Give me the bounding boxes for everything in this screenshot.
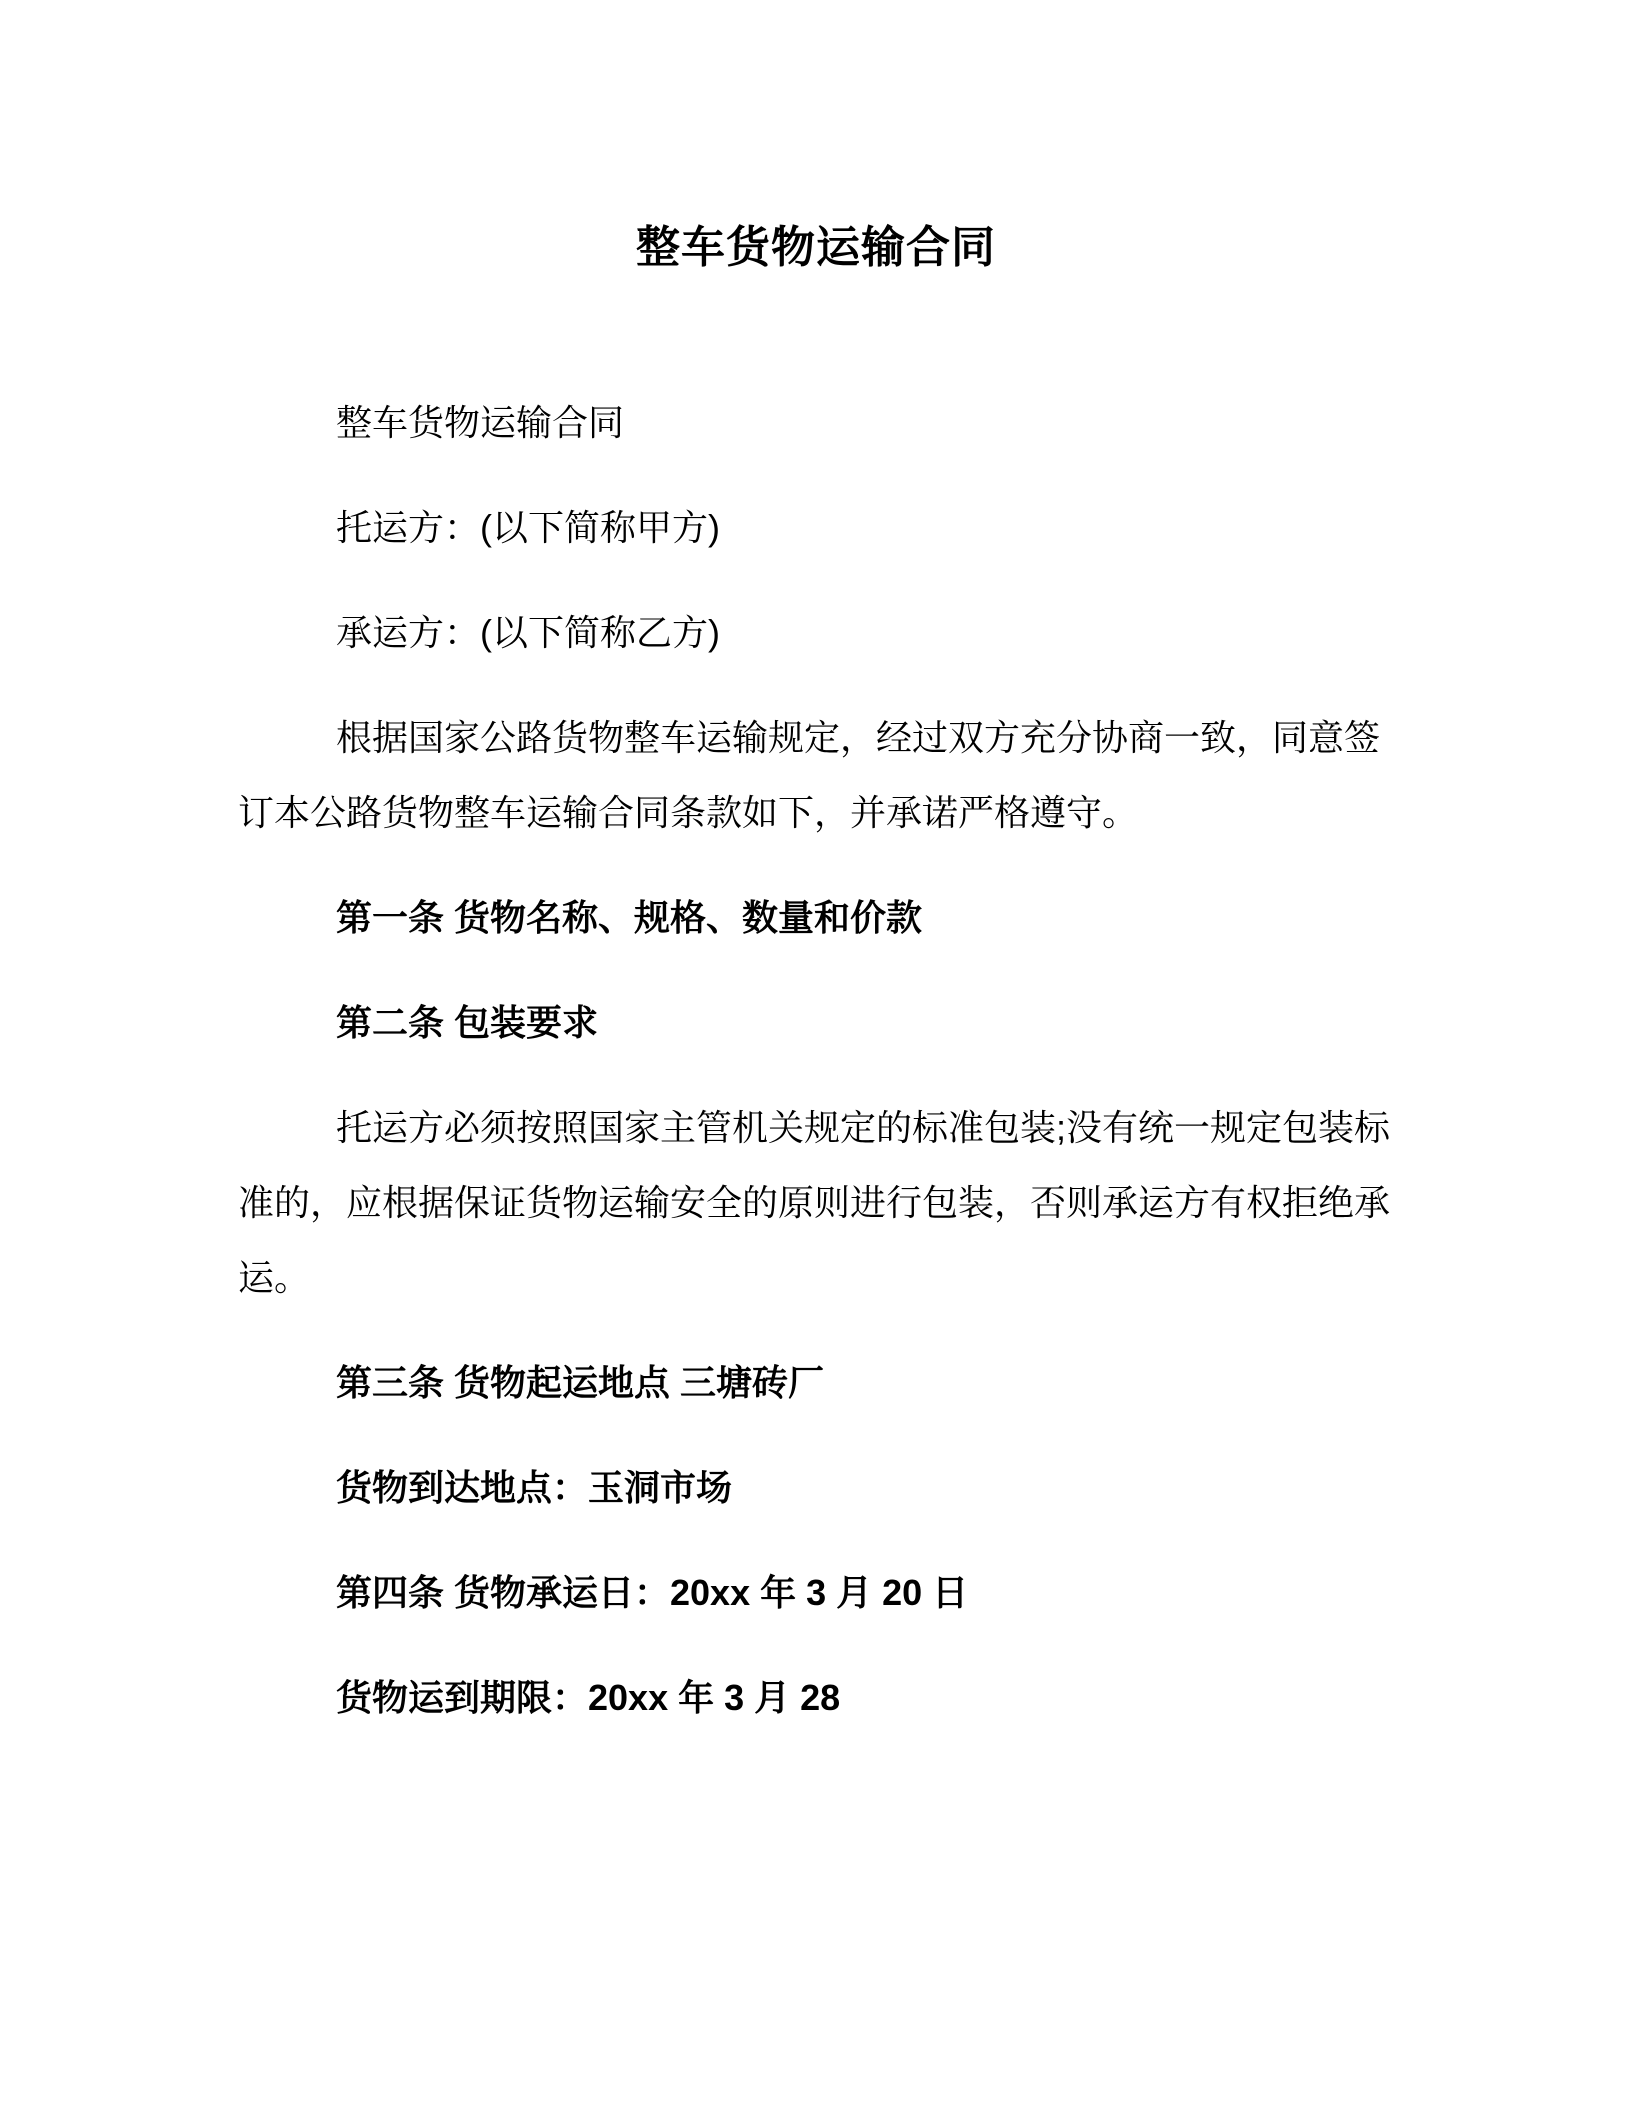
clause-4-heading-carriage-date: 第四条 货物承运日：20xx 年 3 月 20 日 xyxy=(238,1555,1394,1630)
clause-1-heading: 第一条 货物名称、规格、数量和价款 xyxy=(238,880,1394,955)
paragraph-destination: 货物到达地点：玉洞市场 xyxy=(238,1450,1394,1525)
paragraph-preamble: 根据国家公路货物整车运输规定，经过双方充分协商一致，同意签订本公路货物整车运输合… xyxy=(238,700,1394,850)
paragraph-packaging-requirements: 托运方必须按照国家主管机关规定的标准包装;没有统一规定包装标准的，应根据保证货物… xyxy=(238,1090,1394,1315)
paragraph-carrier-party: 承运方：(以下简称乙方) xyxy=(238,595,1394,670)
document-page: 整车货物运输合同 整车货物运输合同 托运方：(以下简称甲方) 承运方：(以下简称… xyxy=(0,0,1632,2112)
document-title: 整车货物运输合同 xyxy=(238,210,1394,285)
paragraph-title-restatement: 整车货物运输合同 xyxy=(238,385,1394,460)
clause-3-heading-origin: 第三条 货物起运地点 三塘砖厂 xyxy=(238,1345,1394,1420)
paragraph-delivery-deadline: 货物运到期限：20xx 年 3 月 28 xyxy=(238,1660,1394,1735)
paragraph-shipper-party: 托运方：(以下简称甲方) xyxy=(238,490,1394,565)
clause-2-heading: 第二条 包装要求 xyxy=(238,985,1394,1060)
